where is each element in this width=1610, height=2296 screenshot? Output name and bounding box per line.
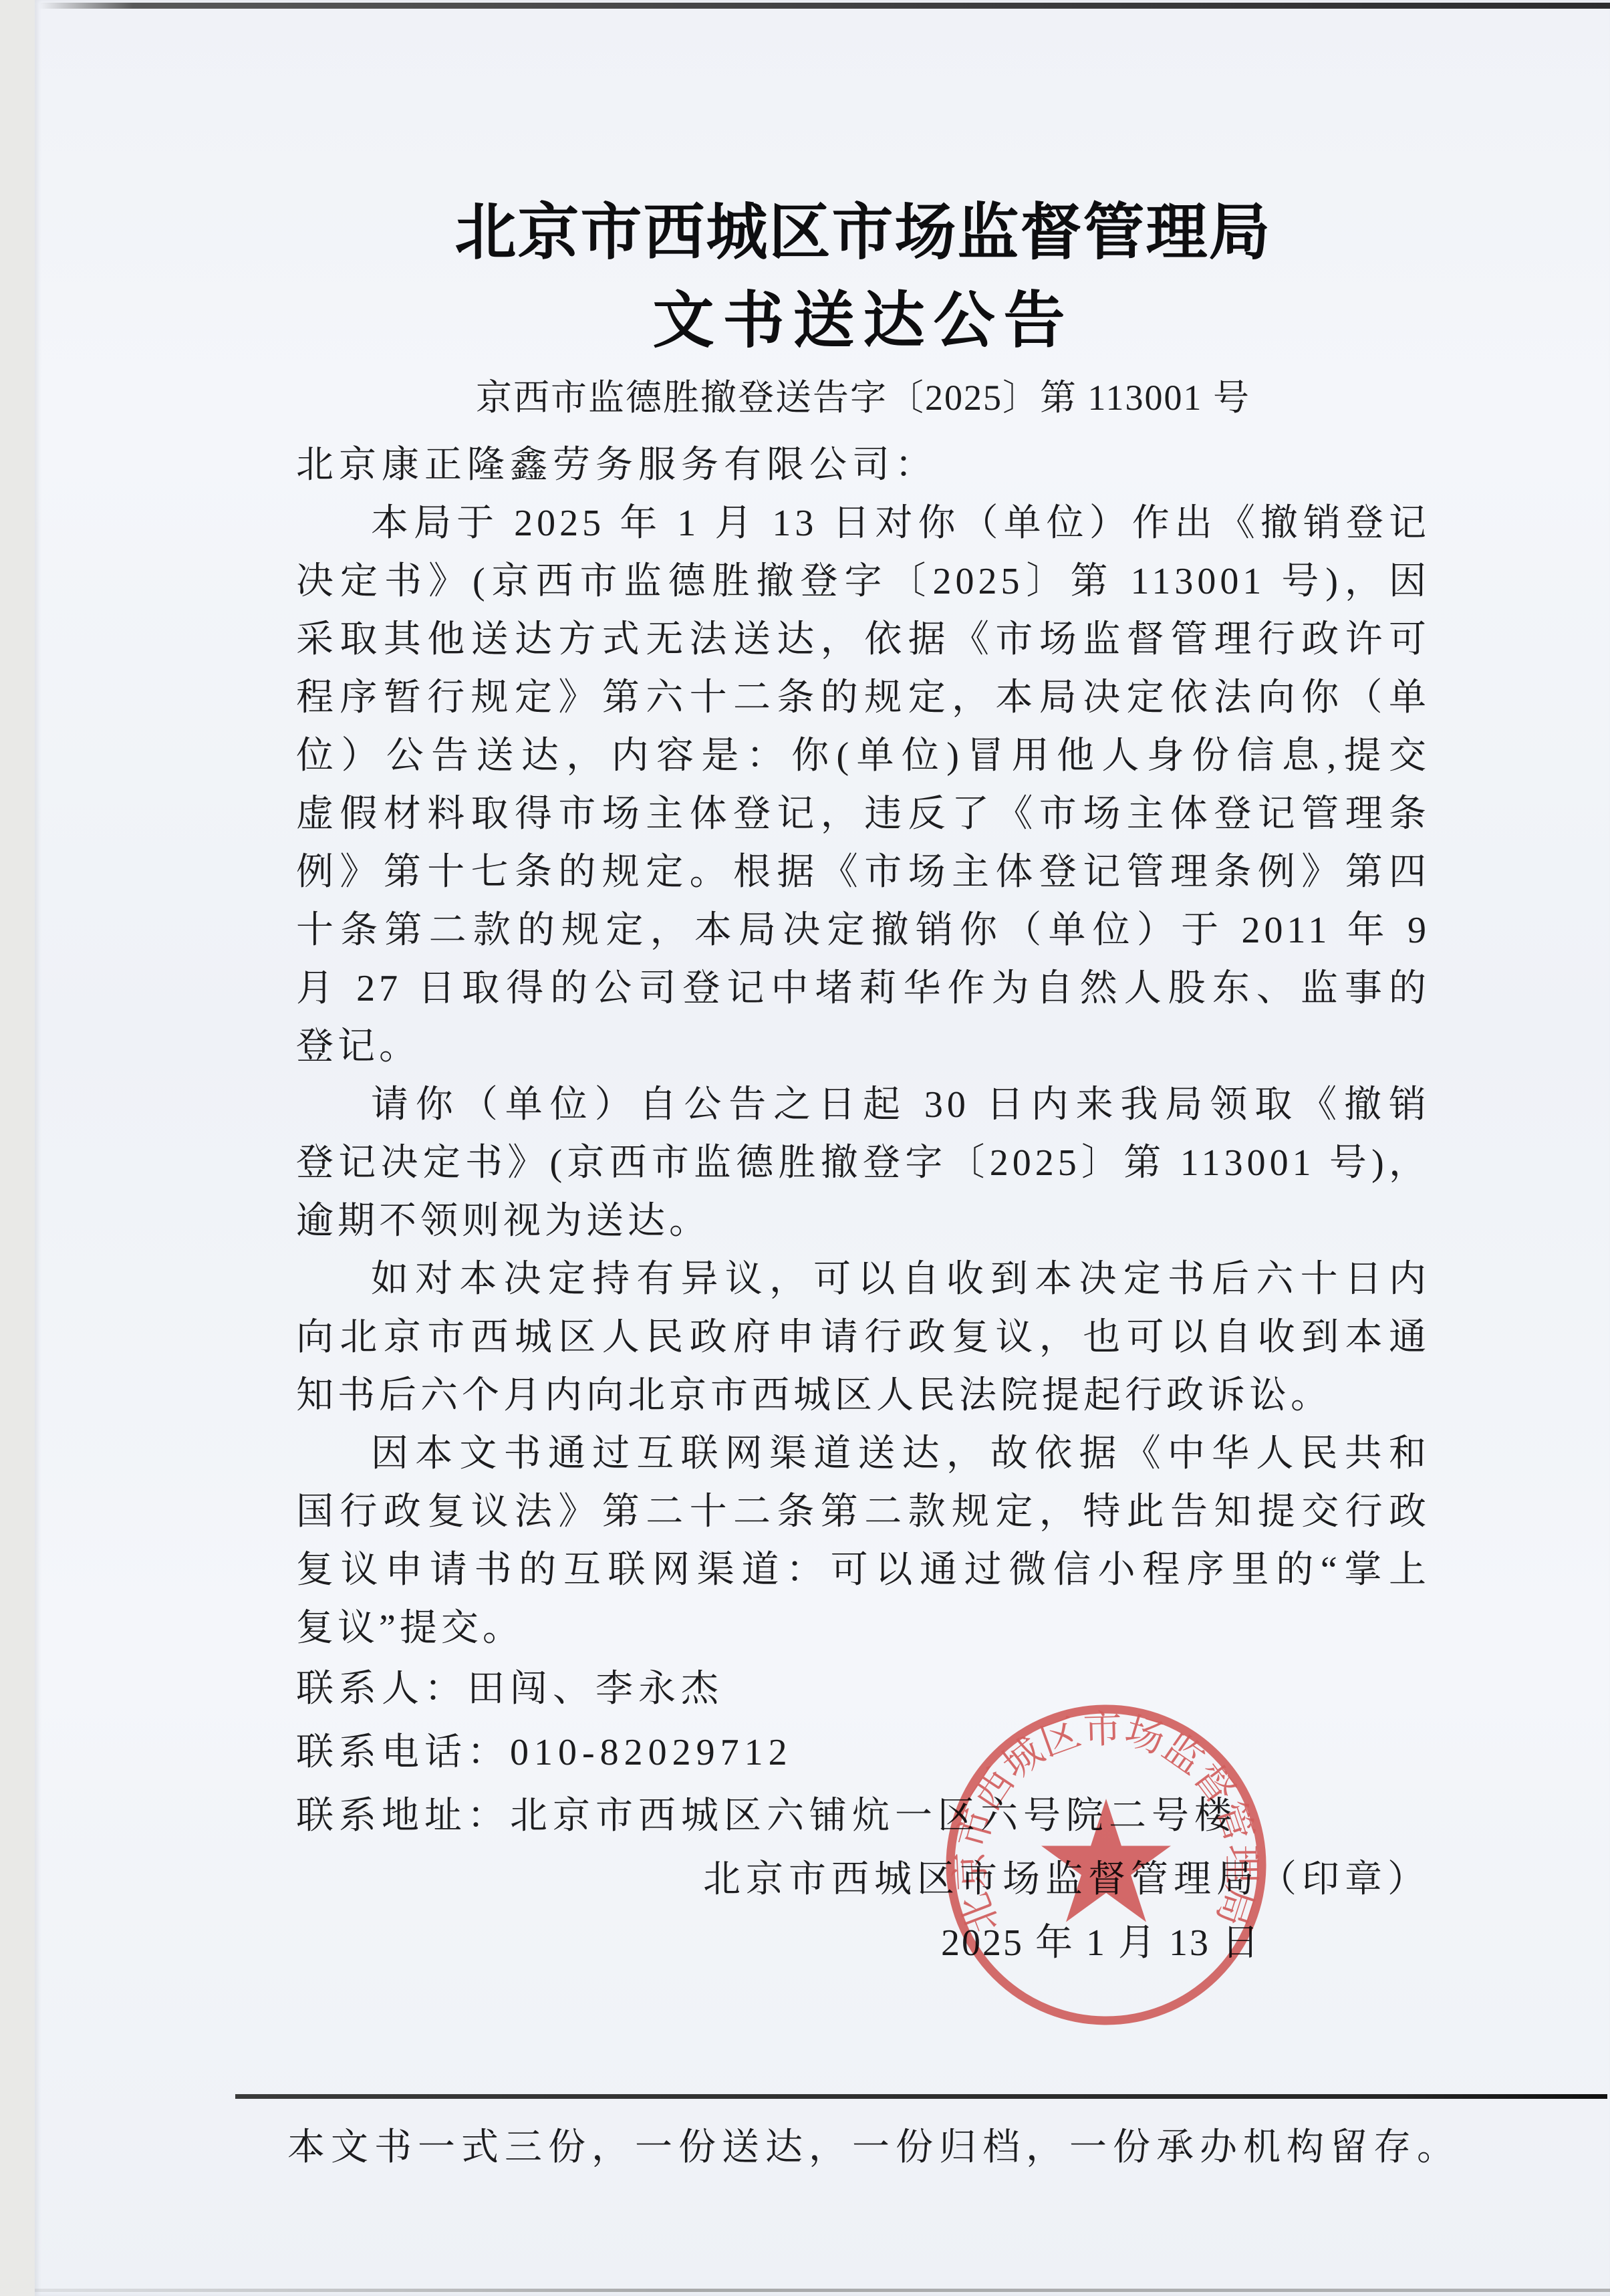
body-line: 例》第十七条的规定。根据《市场主体登记管理条例》第四 bbox=[296, 844, 1430, 902]
body-line: 本局于 2025 年 1 月 13 日对你（单位）作出《撤销登记 bbox=[296, 495, 1430, 553]
seal-star-icon bbox=[1041, 1799, 1171, 1922]
body-line: 位）公告送达，内容是：你(单位)冒用他人身份信息,提交 bbox=[296, 727, 1430, 785]
document-title-line1: 北京市西城区市场监督管理局 bbox=[296, 197, 1430, 268]
body-line: 登记决定书》(京西市监德胜撤登字〔2025〕第 113001 号)， bbox=[296, 1134, 1430, 1192]
body-line: 十条第二款的规定，本局决定撤销你（单位）于 2011 年 9 bbox=[296, 902, 1430, 960]
body-line: 采取其他送达方式无法送达，依据《市场监督管理行政许可 bbox=[296, 611, 1430, 669]
scan-top-edge bbox=[39, 3, 1610, 9]
body-line: 程序暂行规定》第六十二条的规定，本局决定依法向你（单 bbox=[296, 669, 1430, 727]
body-line: 复议”提交。 bbox=[296, 1600, 1430, 1658]
body-line: 如对本决定持有异议，可以自收到本决定书后六十日内 bbox=[296, 1251, 1430, 1309]
scan-bottom-edge bbox=[35, 2289, 1610, 2292]
footer-divider-line bbox=[235, 2094, 1607, 2099]
body-line: 请你（单位）自公告之日起 30 日内来我局领取《撤销 bbox=[296, 1076, 1430, 1134]
body-line: 登记。 bbox=[296, 1018, 1430, 1076]
scanned-document-page: 北京市西城区市场监督管理局 文书送达公告 京西市监德胜撤登送告字〔2025〕第 … bbox=[0, 0, 1610, 2296]
paragraph-3: 如对本决定持有异议，可以自收到本决定书后六十日内 向北京市西城区人民政府申请行政… bbox=[296, 1251, 1430, 1425]
official-red-seal: 北京市西城区市场监督管理局 bbox=[929, 1688, 1283, 2042]
document-number: 京西市监德胜撤登送告字〔2025〕第 113001 号 bbox=[296, 376, 1430, 419]
salutation: 北京康正隆鑫劳务服务有限公司： bbox=[296, 436, 1430, 495]
body-line: 虚假材料取得市场主体登记，违反了《市场主体登记管理条 bbox=[296, 785, 1430, 844]
body-line: 知书后六个月内向北京市西城区人民法院提起行政诉讼。 bbox=[296, 1367, 1430, 1425]
body-line: 月 27 日取得的公司登记中堵莉华作为自然人股东、监事的 bbox=[296, 960, 1430, 1018]
body-line: 逾期不领则视为送达。 bbox=[296, 1192, 1430, 1251]
footer-copies-note: 本文书一式三份，一份送达，一份归档，一份承办机构留存。 bbox=[287, 2118, 1460, 2178]
paragraph-2: 请你（单位）自公告之日起 30 日内来我局领取《撤销 登记决定书》(京西市监德胜… bbox=[296, 1076, 1430, 1251]
body-line: 向北京市西城区人民政府申请行政复议，也可以自收到本通 bbox=[296, 1309, 1430, 1367]
body-line: 决定书》(京西市监德胜撤登字〔2025〕第 113001 号)，因 bbox=[296, 553, 1430, 611]
paragraph-4: 因本文书通过互联网渠道送达，故依据《中华人民共和 国行政复议法》第二十二条第二款… bbox=[296, 1425, 1430, 1658]
body-line: 国行政复议法》第二十二条第二款规定，特此告知提交行政 bbox=[296, 1483, 1430, 1541]
paragraph-1: 本局于 2025 年 1 月 13 日对你（单位）作出《撤销登记 决定书》(京西… bbox=[296, 495, 1430, 1076]
body-line: 复议申请书的互联网渠道：可以通过微信小程序里的“掌上 bbox=[296, 1541, 1430, 1600]
body-line: 因本文书通过互联网渠道送达，故依据《中华人民共和 bbox=[296, 1425, 1430, 1483]
document-title-line2: 文书送达公告 bbox=[296, 285, 1430, 356]
